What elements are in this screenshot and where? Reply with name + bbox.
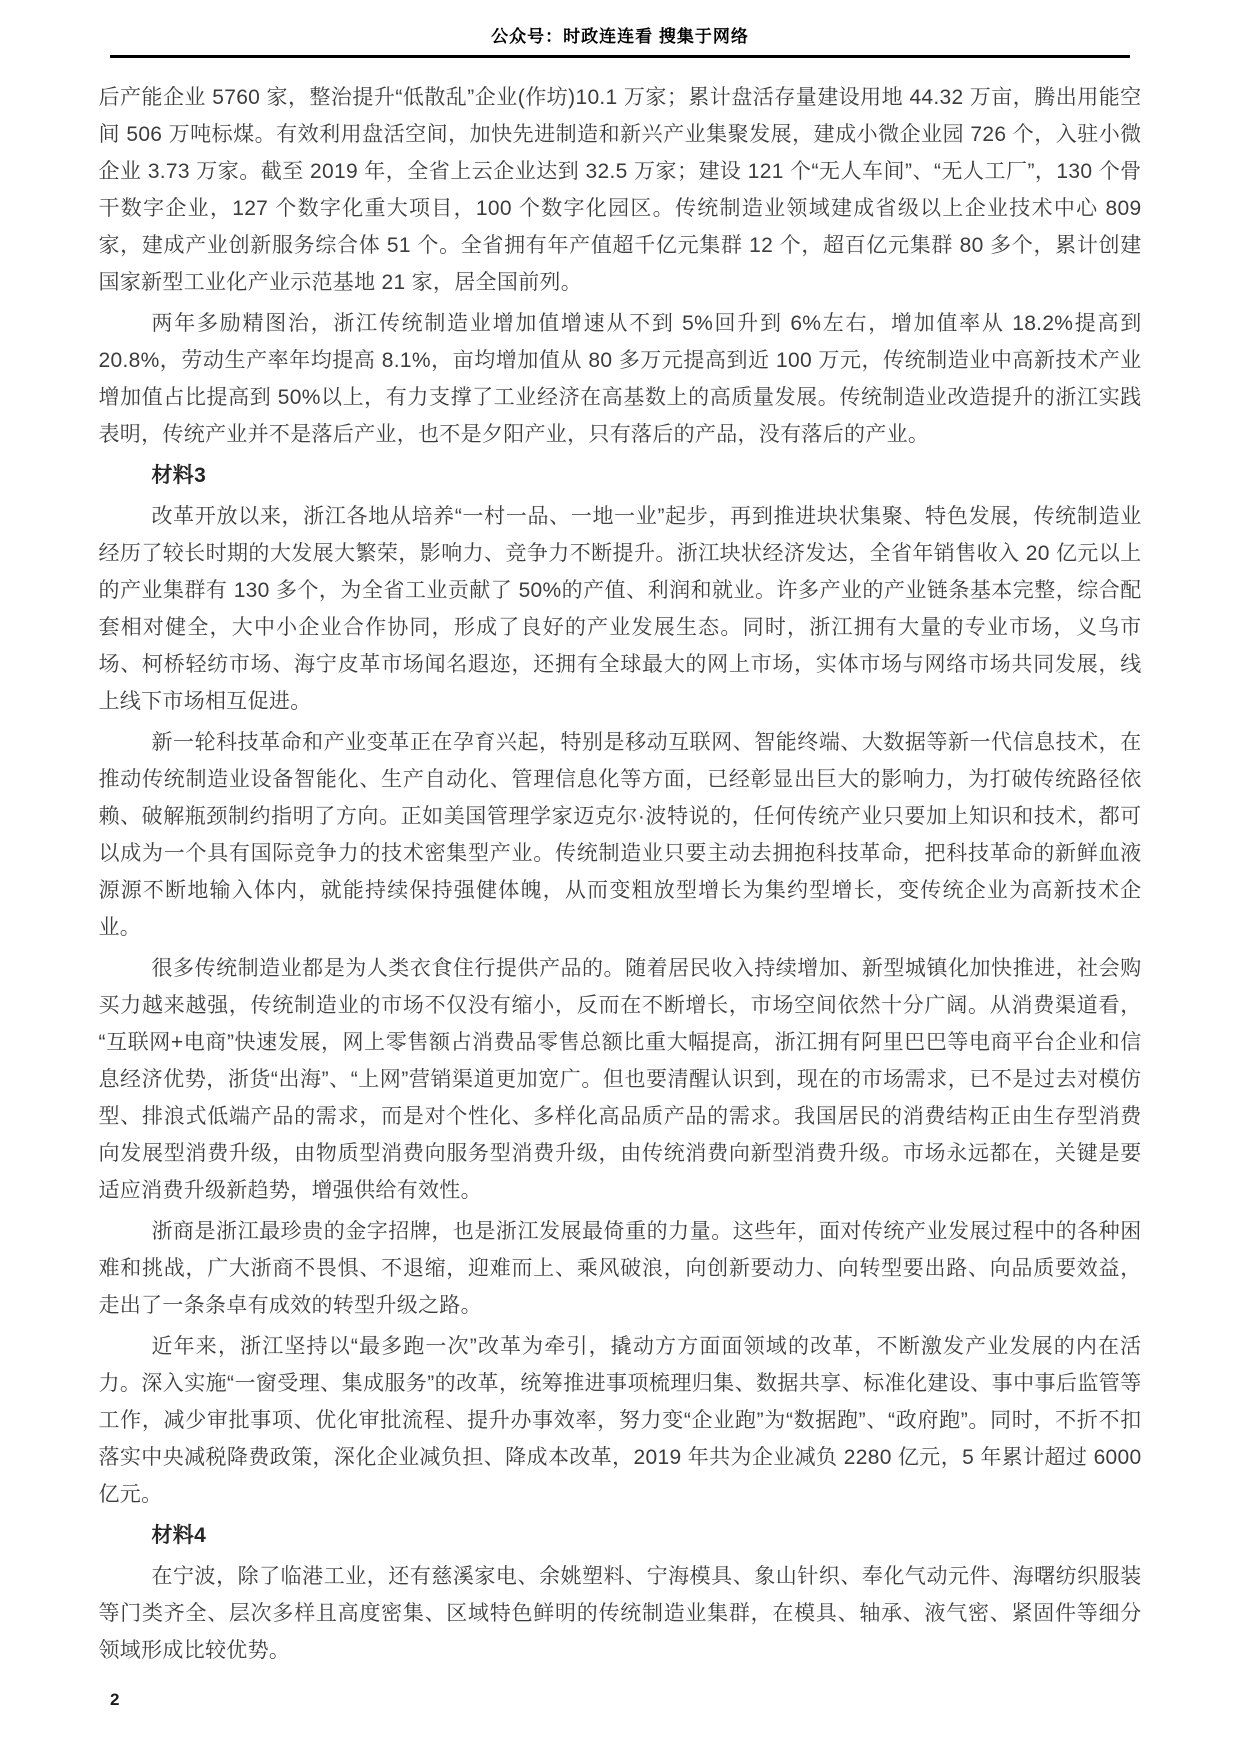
document-page: 公众号：时政连连看 搜集于网络 后产能企业 5760 家，整治提升“低散乱”企业…	[0, 0, 1240, 1754]
paragraph: 近年来，浙江坚持以“最多跑一次”改革为牵引，撬动方方面面领域的改革，不断激发产业…	[99, 1328, 1142, 1513]
page-header: 公众号：时政连连看 搜集于网络	[0, 0, 1240, 58]
paragraph: 新一轮科技革命和产业变革正在孕育兴起，特别是移动互联网、智能终端、大数据等新一代…	[99, 724, 1142, 946]
paragraph: 浙商是浙江最珍贵的金字招牌，也是浙江发展最倚重的力量。这些年，面对传统产业发展过…	[99, 1213, 1142, 1324]
section-heading-material-4: 材料4	[99, 1517, 1142, 1554]
page-number: 2	[110, 1690, 119, 1710]
paragraph: 在宁波，除了临港工业，还有慈溪家电、余姚塑料、宁海模具、象山针织、奉化气动元件、…	[99, 1558, 1142, 1669]
paragraph-continued: 后产能企业 5760 家，整治提升“低散乱”企业(作坊)10.1 万家；累计盘活…	[99, 79, 1142, 301]
header-title: 公众号：时政连连看 搜集于网络	[0, 26, 1240, 48]
section-heading-material-3: 材料3	[99, 457, 1142, 494]
paragraph: 很多传统制造业都是为人类衣食住行提供产品的。随着居民收入持续增加、新型城镇化加快…	[99, 950, 1142, 1209]
paragraph: 两年多励精图治，浙江传统制造业增加值增速从不到 5%回升到 6%左右，增加值率从…	[99, 305, 1142, 453]
document-body: 后产能企业 5760 家，整治提升“低散乱”企业(作坊)10.1 万家；累计盘活…	[99, 58, 1142, 1669]
paragraph: 改革开放以来，浙江各地从培养“一村一品、一地一业”起步，再到推进块状集聚、特色发…	[99, 498, 1142, 720]
